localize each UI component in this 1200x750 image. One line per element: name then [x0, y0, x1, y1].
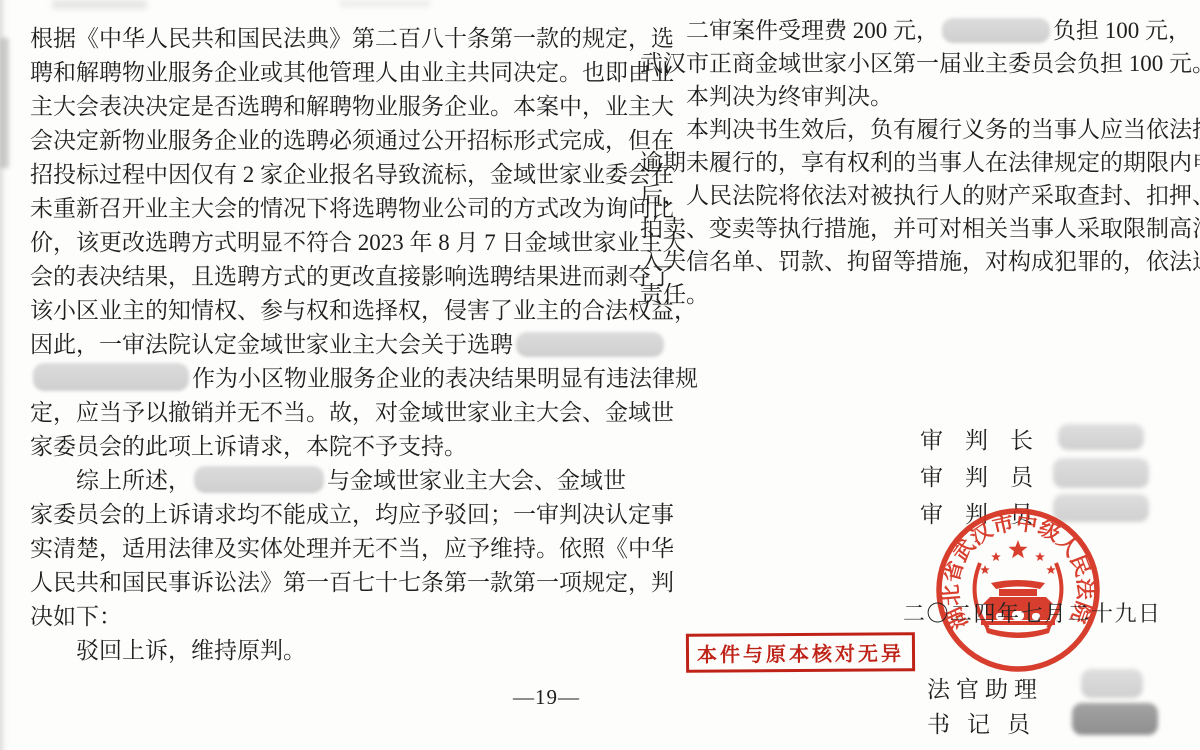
judgment-line: 该小区业主的知情权、参与权和选择权，侵害了业主的合法权益， [30, 294, 596, 328]
court-seal: 湖北省武汉市中级人民法院 [933, 505, 1103, 675]
judgment-line: 实清楚，适用法律及实体处理并无不当，应予维持。依照《中华 [30, 532, 596, 566]
judgment-line: 入失信名单、罚款、拘留等措施，对构成犯罪的，依法追究刑事 [640, 245, 1192, 278]
redacted-text [516, 332, 664, 357]
judgment-line: 家委员会的上诉请求均不能成立，均应予驳回；一审判决认定事 [30, 498, 596, 532]
judgment-line: 人民共和国民事诉讼法》第一百七十七条第一款第一项规定，判 [30, 566, 596, 600]
scan-smudge [340, 0, 430, 7]
judge-name-redacted [1053, 458, 1149, 488]
presiding-judge-label: 审判长 [920, 422, 1055, 455]
judgment-line: 根据《中华人民共和国民法典》第二百八十条第一款的规定，选 [30, 22, 596, 56]
judgment-line: 价，该更改选聘方式明显不符合 2023 年 8 月 7 日金域世家业主大 [30, 226, 596, 260]
redacted-text [33, 363, 189, 391]
line-text: 二审案件受理费 200 元， [686, 18, 939, 43]
judgment-line: 聘和解聘物业服务企业或其他管理人由业主共同决定。也即由业 [30, 56, 596, 90]
judgment-line: 因此，一审法院认定金域世家业主大会关于选聘 [30, 328, 596, 362]
judge-assistant-label: 法官助理 [927, 671, 1043, 704]
judge-name-redacted [1058, 424, 1144, 450]
clerk-name-redacted [1072, 703, 1158, 735]
scanned-judgment-document: 根据《中华人民共和国民法典》第二百八十条第一款的规定，选 聘和解聘物业服务企业或… [0, 0, 1200, 750]
judgment-line: 本判决书生效后，负有履行义务的当事人应当依法按期履行。 [640, 113, 1192, 146]
judgment-line: 定，应当予以撤销并无不当。故，对金域世家业主大会、金域世 [30, 396, 596, 430]
line-text: 负担 100 元， [1053, 18, 1191, 43]
judgment-line: 作为小区物业服务企业的表决结果明显有违法律规 [30, 362, 596, 396]
right-page: 二审案件受理费 200 元，负担 100 元， 武汉市正商金域世家小区第一届业主… [640, 14, 1192, 311]
left-page: 根据《中华人民共和国民法典》第二百八十条第一款的规定，选 聘和解聘物业服务企业或… [30, 22, 596, 714]
judgment-line: 未重新召开业主大会的情况下将选聘物业公司的方式改为询问比 [30, 192, 596, 226]
scan-smudge [0, 38, 9, 168]
judgment-line: 本判决为终审判决。 [640, 80, 1192, 113]
judgment-line: 逾期未履行的，享有权利的当事人在法律规定的期限内申请执行 [640, 146, 1192, 179]
judgment-line: 会决定新物业服务企业的选聘必须通过公开招标形式完成，但在 [30, 124, 596, 158]
judgment-line: 决如下： [30, 600, 596, 634]
line-text: 作为小区物业服务企业的表决结果明显有违法律规 [192, 366, 698, 391]
judgment-line: 武汉市正商金域世家小区第一届业主委员会负担 100 元。 [640, 47, 1192, 80]
judgment-line: 责任。 [640, 278, 1192, 311]
page-number: —19— [30, 680, 596, 714]
judgment-line: 二审案件受理费 200 元，负担 100 元， [640, 14, 1192, 47]
judgment-line: 会的表决结果，且选聘方式的更改直接影响选聘结果进而剥夺了 [30, 260, 596, 294]
judgment-line: 驳回上诉，维持原判。 [30, 634, 596, 668]
judgment-date: 二〇二四年七月二十九日 [903, 597, 1162, 628]
scan-smudge [52, 0, 147, 9]
line-text: 因此，一审法院认定金域世家业主大会关于选聘 [30, 332, 513, 357]
redacted-text [194, 466, 324, 493]
judgment-line: 拍卖、变卖等执行措施，并可对相关当事人采取限制高消费、列 [640, 212, 1192, 245]
line-text: 与金域世家业主大会、金域世 [327, 468, 626, 493]
judge-label: 审判员 [920, 459, 1055, 492]
judgment-line: 后，人民法院将依法对被执行人的财产采取查封、扣押、冻结、 [640, 179, 1192, 212]
judgment-line: 家委员会的此项上诉请求，本院不予支持。 [30, 430, 596, 464]
line-text: 综上所述， [76, 468, 191, 493]
judgment-line: 招投标过程中因仅有 2 家企业报名导致流标，金域世家业委会在 [30, 158, 596, 192]
verification-stamp: 本件与原本核对无异 [686, 632, 915, 673]
redacted-text [942, 18, 1050, 43]
judgment-line: 主大会表决决定是否选聘和解聘物业服务企业。本案中，业主大 [30, 90, 596, 124]
clerk-label: 书记员 [927, 706, 1047, 739]
judgment-line: 综上所述，与金域世家业主大会、金域世 [30, 464, 596, 498]
